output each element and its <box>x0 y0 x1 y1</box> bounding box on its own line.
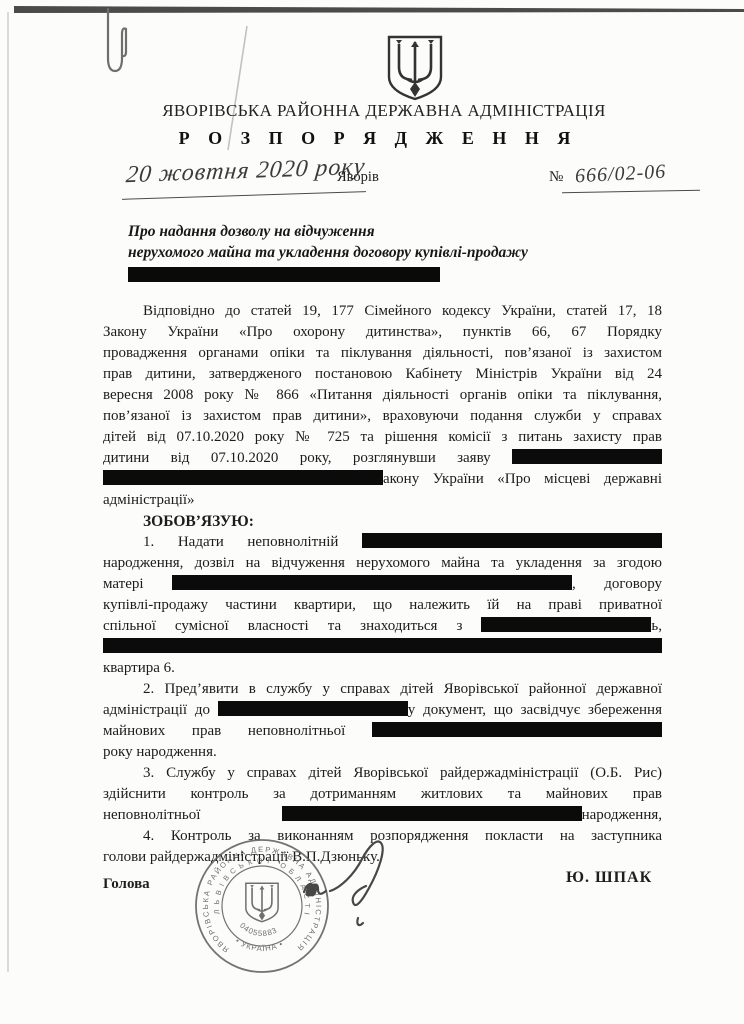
body-text: прав дитини, затвердженого постановою Ка… <box>103 366 662 382</box>
body-text: дитини від 07.10.2020 року, розглянувши … <box>103 450 512 466</box>
redaction-bar <box>218 701 408 716</box>
body-text: матері <box>103 576 172 592</box>
signer-title: Голова <box>103 876 150 893</box>
svg-text:04055883: 04055883 <box>238 921 279 938</box>
body-text: купівлі-продажу частини квартири, що нал… <box>103 597 662 613</box>
body-text: 1. Надати неповнолітній <box>143 534 362 550</box>
redaction-bar <box>362 533 662 548</box>
redaction-bar <box>372 722 662 737</box>
body-text: адміністрації» <box>103 492 195 508</box>
body-text: провадження органами опіки та піклування… <box>103 345 662 361</box>
stamp-country-text: • УКРАЇНА • <box>234 936 285 953</box>
date-underline <box>122 191 366 200</box>
body-text: адміністрації до <box>103 702 218 718</box>
body-line: дітей від 07.10.2020 року № 725 та рішен… <box>103 427 662 448</box>
signature-icon <box>290 822 460 937</box>
body-line <box>103 637 662 658</box>
body-text: ЗОБОВ’ЯЗУЮ: <box>143 513 254 530</box>
redaction-bar <box>103 638 662 653</box>
body-text: неповнолітньої <box>103 807 282 823</box>
body-text: Відповідно до статей 19, 177 Сімейного к… <box>143 303 662 319</box>
signer-name: Ю. ШПАК <box>566 869 652 887</box>
body-text: 3. Службу у справах дітей Яворівської ра… <box>143 765 662 781</box>
body-text: квартира 6. <box>103 660 175 676</box>
body-line: 1. Надати неповнолітній <box>103 532 662 553</box>
body-line: матері , договору <box>103 574 662 595</box>
body-text: здійснити контроль за дотриманням житлов… <box>103 786 662 802</box>
body-line: Закону України «Про охорону дитинства», … <box>103 322 662 343</box>
subject-line: нерухомого майна та укладення договору к… <box>128 242 608 263</box>
doc-type-title: Р О З П О Р Я Д Ж Е Н Н Я <box>18 128 738 149</box>
body-text: майнових прав неповнолітньої <box>103 723 372 739</box>
body-line: 3. Службу у справах дітей Яворівської ра… <box>103 763 662 784</box>
redaction-bar <box>103 470 383 485</box>
body-text: народження, дозвіл на відчуження нерухом… <box>103 555 662 571</box>
body-line: пов’язаної із захистом прав дитини», вра… <box>103 406 662 427</box>
body-lines: Відповідно до статей 19, 177 Сімейного к… <box>103 301 662 868</box>
scan-left-edge <box>7 12 9 972</box>
body-text: 2. Пред’явити в службу у справах дітей Я… <box>143 681 662 697</box>
body-text: у документ, що засвідчує збереження <box>408 702 662 718</box>
body-line: року народження. <box>103 742 662 763</box>
body-line: здійснити контроль за дотриманням житлов… <box>103 784 662 805</box>
body-text: , договору <box>572 576 662 592</box>
stamp-code-text: 04055883 <box>238 921 279 938</box>
body-text: народження, <box>582 807 662 823</box>
body-text: ь, <box>651 618 662 634</box>
body-text: пов’язаної із захистом прав дитини», вра… <box>103 408 662 424</box>
body-line: прав дитини, затвердженого постановою Ка… <box>103 364 662 385</box>
subject-line: Про надання дозволу на відчуження <box>128 221 608 242</box>
body-line: 2. Пред’явити в службу у справах дітей Я… <box>103 679 662 700</box>
body-line: майнових прав неповнолітньої <box>103 721 662 742</box>
body-line: Відповідно до статей 19, 177 Сімейного к… <box>103 301 662 322</box>
handwritten-number: 666/02-06 <box>574 161 666 189</box>
body-text: вересня 2008 року № 866 «Питання діяльно… <box>103 387 662 403</box>
paperclip-icon <box>108 9 126 71</box>
place-name: Яворів <box>337 169 379 186</box>
redaction-bar <box>172 575 572 590</box>
body-line: акону України «Про місцеві державні <box>103 469 662 490</box>
body-line: квартира 6. <box>103 658 662 679</box>
redaction-bar <box>282 806 582 821</box>
body-line: вересня 2008 року № 866 «Питання діяльно… <box>103 385 662 406</box>
org-name: ЯВОРІВСЬКА РАЙОННА ДЕРЖАВНА АДМІНІСТРАЦІ… <box>24 101 744 121</box>
redaction-bar <box>128 267 440 282</box>
body-text: Закону України «Про охорону дитинства», … <box>103 324 662 340</box>
body-line: купівлі-продажу частини квартири, що нал… <box>103 595 662 616</box>
redaction-bar <box>512 449 662 464</box>
body-line: дитини від 07.10.2020 року, розглянувши … <box>103 448 662 469</box>
number-label: № <box>549 169 563 186</box>
body-text: року народження. <box>103 744 217 760</box>
body-line: провадження органами опіки та піклування… <box>103 343 662 364</box>
body-line: адміністрації до у документ, що засвідчу… <box>103 700 662 721</box>
body-text: дітей від 07.10.2020 року № 725 та рішен… <box>103 429 662 445</box>
number-underline <box>562 190 700 193</box>
body-text: акону України «Про місцеві державні <box>383 471 662 487</box>
trident-emblem-icon <box>386 35 444 101</box>
body-line: спільної сумісної власності та знаходить… <box>103 616 662 637</box>
redaction-bar <box>481 617 651 632</box>
body-text: спільної сумісної власності та знаходить… <box>103 618 481 634</box>
body-line: адміністрації» <box>103 490 662 511</box>
svg-text:• УКРАЇНА •: • УКРАЇНА • <box>234 936 285 953</box>
body-line: ЗОБОВ’ЯЗУЮ: <box>103 511 662 532</box>
subject-block: Про надання дозволу на відчуження нерухо… <box>128 221 608 282</box>
stamp-trident-icon <box>246 883 278 921</box>
body-line: народження, дозвіл на відчуження нерухом… <box>103 553 662 574</box>
